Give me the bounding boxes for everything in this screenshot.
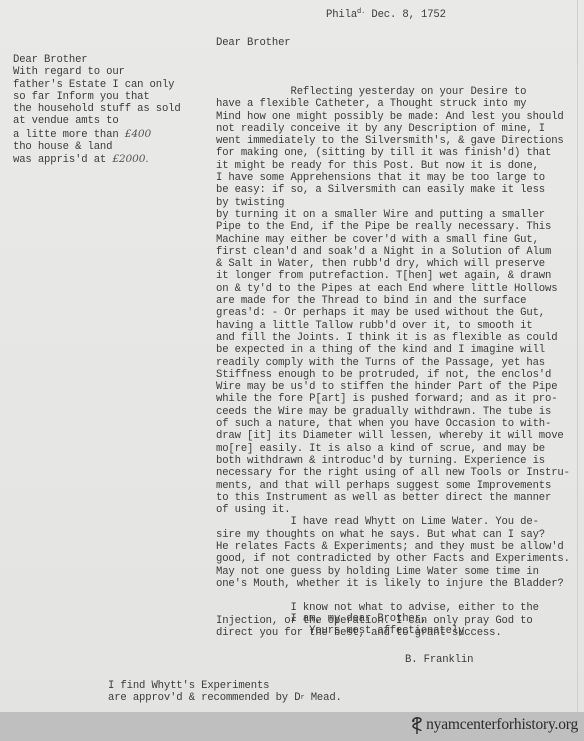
body-line: Wire may be us'd to stiffen the hinder P… bbox=[216, 381, 570, 393]
signature: B. Franklin bbox=[405, 654, 473, 666]
body-line: I have read Whytt on Lime Water. You de- bbox=[216, 516, 570, 528]
body-line: necessary for the right using of all new… bbox=[216, 467, 570, 479]
body-line: & Salt in Water, then rubb'd dry, which … bbox=[216, 258, 570, 270]
body-line: and fill the Joints. I think it is as fl… bbox=[216, 332, 570, 344]
body-line: one's Mouth, whether it is likely to inj… bbox=[216, 578, 570, 590]
body-line: ments, and that will perhaps suggest som… bbox=[216, 480, 570, 492]
footer-watermark[interactable]: nyamcenterforhistory.org bbox=[411, 714, 578, 736]
postscript-line: I find Whytt's Experiments bbox=[108, 680, 342, 692]
body-line: it might be ready for this Post. But now… bbox=[216, 160, 570, 172]
body-line: both withdrawn & introduc'd by turning. … bbox=[216, 455, 570, 467]
side-note-line: a litte more than £400 bbox=[13, 128, 181, 141]
side-note-line: tho house & land bbox=[13, 141, 181, 153]
body-line: by turning it on a smaller Wire and putt… bbox=[216, 209, 570, 221]
body-line: to this Instrument as well as better dir… bbox=[216, 492, 570, 504]
body-line: on & ty'd to the Pipes at each End where… bbox=[216, 283, 570, 295]
salutation: Dear Brother bbox=[216, 37, 291, 49]
body-line: Stiffness enough to be protruded, if not… bbox=[216, 369, 570, 381]
body-line: of using it. bbox=[216, 504, 570, 516]
side-note-line: so far Inform you that bbox=[13, 91, 181, 103]
side-note-line: was appris'd at £2000. bbox=[13, 153, 181, 166]
letter-body: Reflecting yesterday on your Desire toha… bbox=[216, 86, 570, 639]
side-note-line: Dear Brother bbox=[13, 54, 181, 66]
body-line: Reflecting yesterday on your Desire to bbox=[216, 86, 570, 98]
date-place-superscript: d. bbox=[357, 8, 365, 16]
body-line: of such a nature, that when you have Occ… bbox=[216, 418, 570, 430]
handwritten-amount-400: £400 bbox=[125, 128, 151, 140]
body-line: first clean'd and soak'd a Night in a So… bbox=[216, 246, 570, 258]
side-note: Dear BrotherWith regard to ourfather's E… bbox=[13, 54, 181, 167]
body-line: greas'd: - Or perhaps it may be used wit… bbox=[216, 307, 570, 319]
body-line: by twisting bbox=[216, 197, 570, 209]
date-value: Dec. 8, 1752 bbox=[365, 9, 446, 21]
body-line: are made for the Thread to bind in and t… bbox=[216, 295, 570, 307]
body-line: Machine may either be cover'd with a sma… bbox=[216, 234, 570, 246]
postscript: I find Whytt's Experimentsare approv'd &… bbox=[108, 680, 342, 705]
side-note-line: at vendue amts to bbox=[13, 115, 181, 127]
body-line: ceeds the Wire may be gradually withdraw… bbox=[216, 406, 570, 418]
body-line bbox=[216, 590, 570, 602]
body-line: while the fore P[art] is pushed forward;… bbox=[216, 393, 570, 405]
body-line: readily comply with the Turns of the Pas… bbox=[216, 357, 570, 369]
postscript-text: Mead. bbox=[305, 692, 342, 704]
body-line: mo[re] easily. It is also a kind of scru… bbox=[216, 443, 570, 455]
site-url[interactable]: nyamcenterforhistory.org bbox=[426, 716, 578, 734]
closing: I am, my dear Brother, Yours most affect… bbox=[216, 613, 464, 638]
side-note-line: father's Estate I can only bbox=[13, 79, 181, 91]
body-line: He relates Facts & Experiments; and they… bbox=[216, 541, 570, 553]
handwritten-amount-2000: £2000. bbox=[112, 153, 148, 165]
closing-line: Yours most affectionately bbox=[216, 625, 464, 637]
postscript-text: are approv'd & recommended by D bbox=[108, 692, 300, 704]
body-line: May not one guess by holding Lime Water … bbox=[216, 566, 570, 578]
body-line: have a flexible Catheter, a Thought stru… bbox=[216, 98, 570, 110]
date-place: Phila bbox=[326, 9, 357, 21]
side-note-line: the household stuff as sold bbox=[13, 103, 181, 115]
body-line: sire my thoughts on what he says. But wh… bbox=[216, 529, 570, 541]
body-line: having a little Tallow rubb'd over it, t… bbox=[216, 320, 570, 332]
body-line: draw [it] its Diameter will lessen, wher… bbox=[216, 430, 570, 442]
side-note-text: a litte more than bbox=[13, 129, 125, 141]
side-note-line: With regard to our bbox=[13, 66, 181, 78]
body-line: not readily conceive it by any Descripti… bbox=[216, 123, 570, 135]
side-note-text: was appris'd at bbox=[13, 154, 112, 166]
body-line: I have some Apprehensions that it may be… bbox=[216, 172, 570, 184]
rod-of-asclepius-icon bbox=[411, 715, 423, 735]
letter-date: Philad. Dec. 8, 1752 bbox=[326, 9, 446, 21]
body-line: Mind how one might possibly be made: And… bbox=[216, 111, 570, 123]
body-line: be easy: if so, a Silversmith can easily… bbox=[216, 184, 570, 196]
body-line: for making one, (sitting by till it was … bbox=[216, 147, 570, 159]
body-line: it longer from putrefaction. T[hen] wet … bbox=[216, 270, 570, 282]
body-line: went immediately to the Silversmith's, &… bbox=[216, 135, 570, 147]
body-line: good, if not contradicted by other Facts… bbox=[216, 553, 570, 565]
postscript-line: are approv'd & recommended by Dr Mead. bbox=[108, 692, 342, 704]
body-line: Pipe to the End, if the Pipe be really n… bbox=[216, 221, 570, 233]
letter-page: Philad. Dec. 8, 1752 Dear Brother Dear B… bbox=[0, 0, 584, 712]
body-line: be expected in a thing of the kind and I… bbox=[216, 344, 570, 356]
closing-line: I am, my dear Brother, bbox=[216, 613, 464, 625]
